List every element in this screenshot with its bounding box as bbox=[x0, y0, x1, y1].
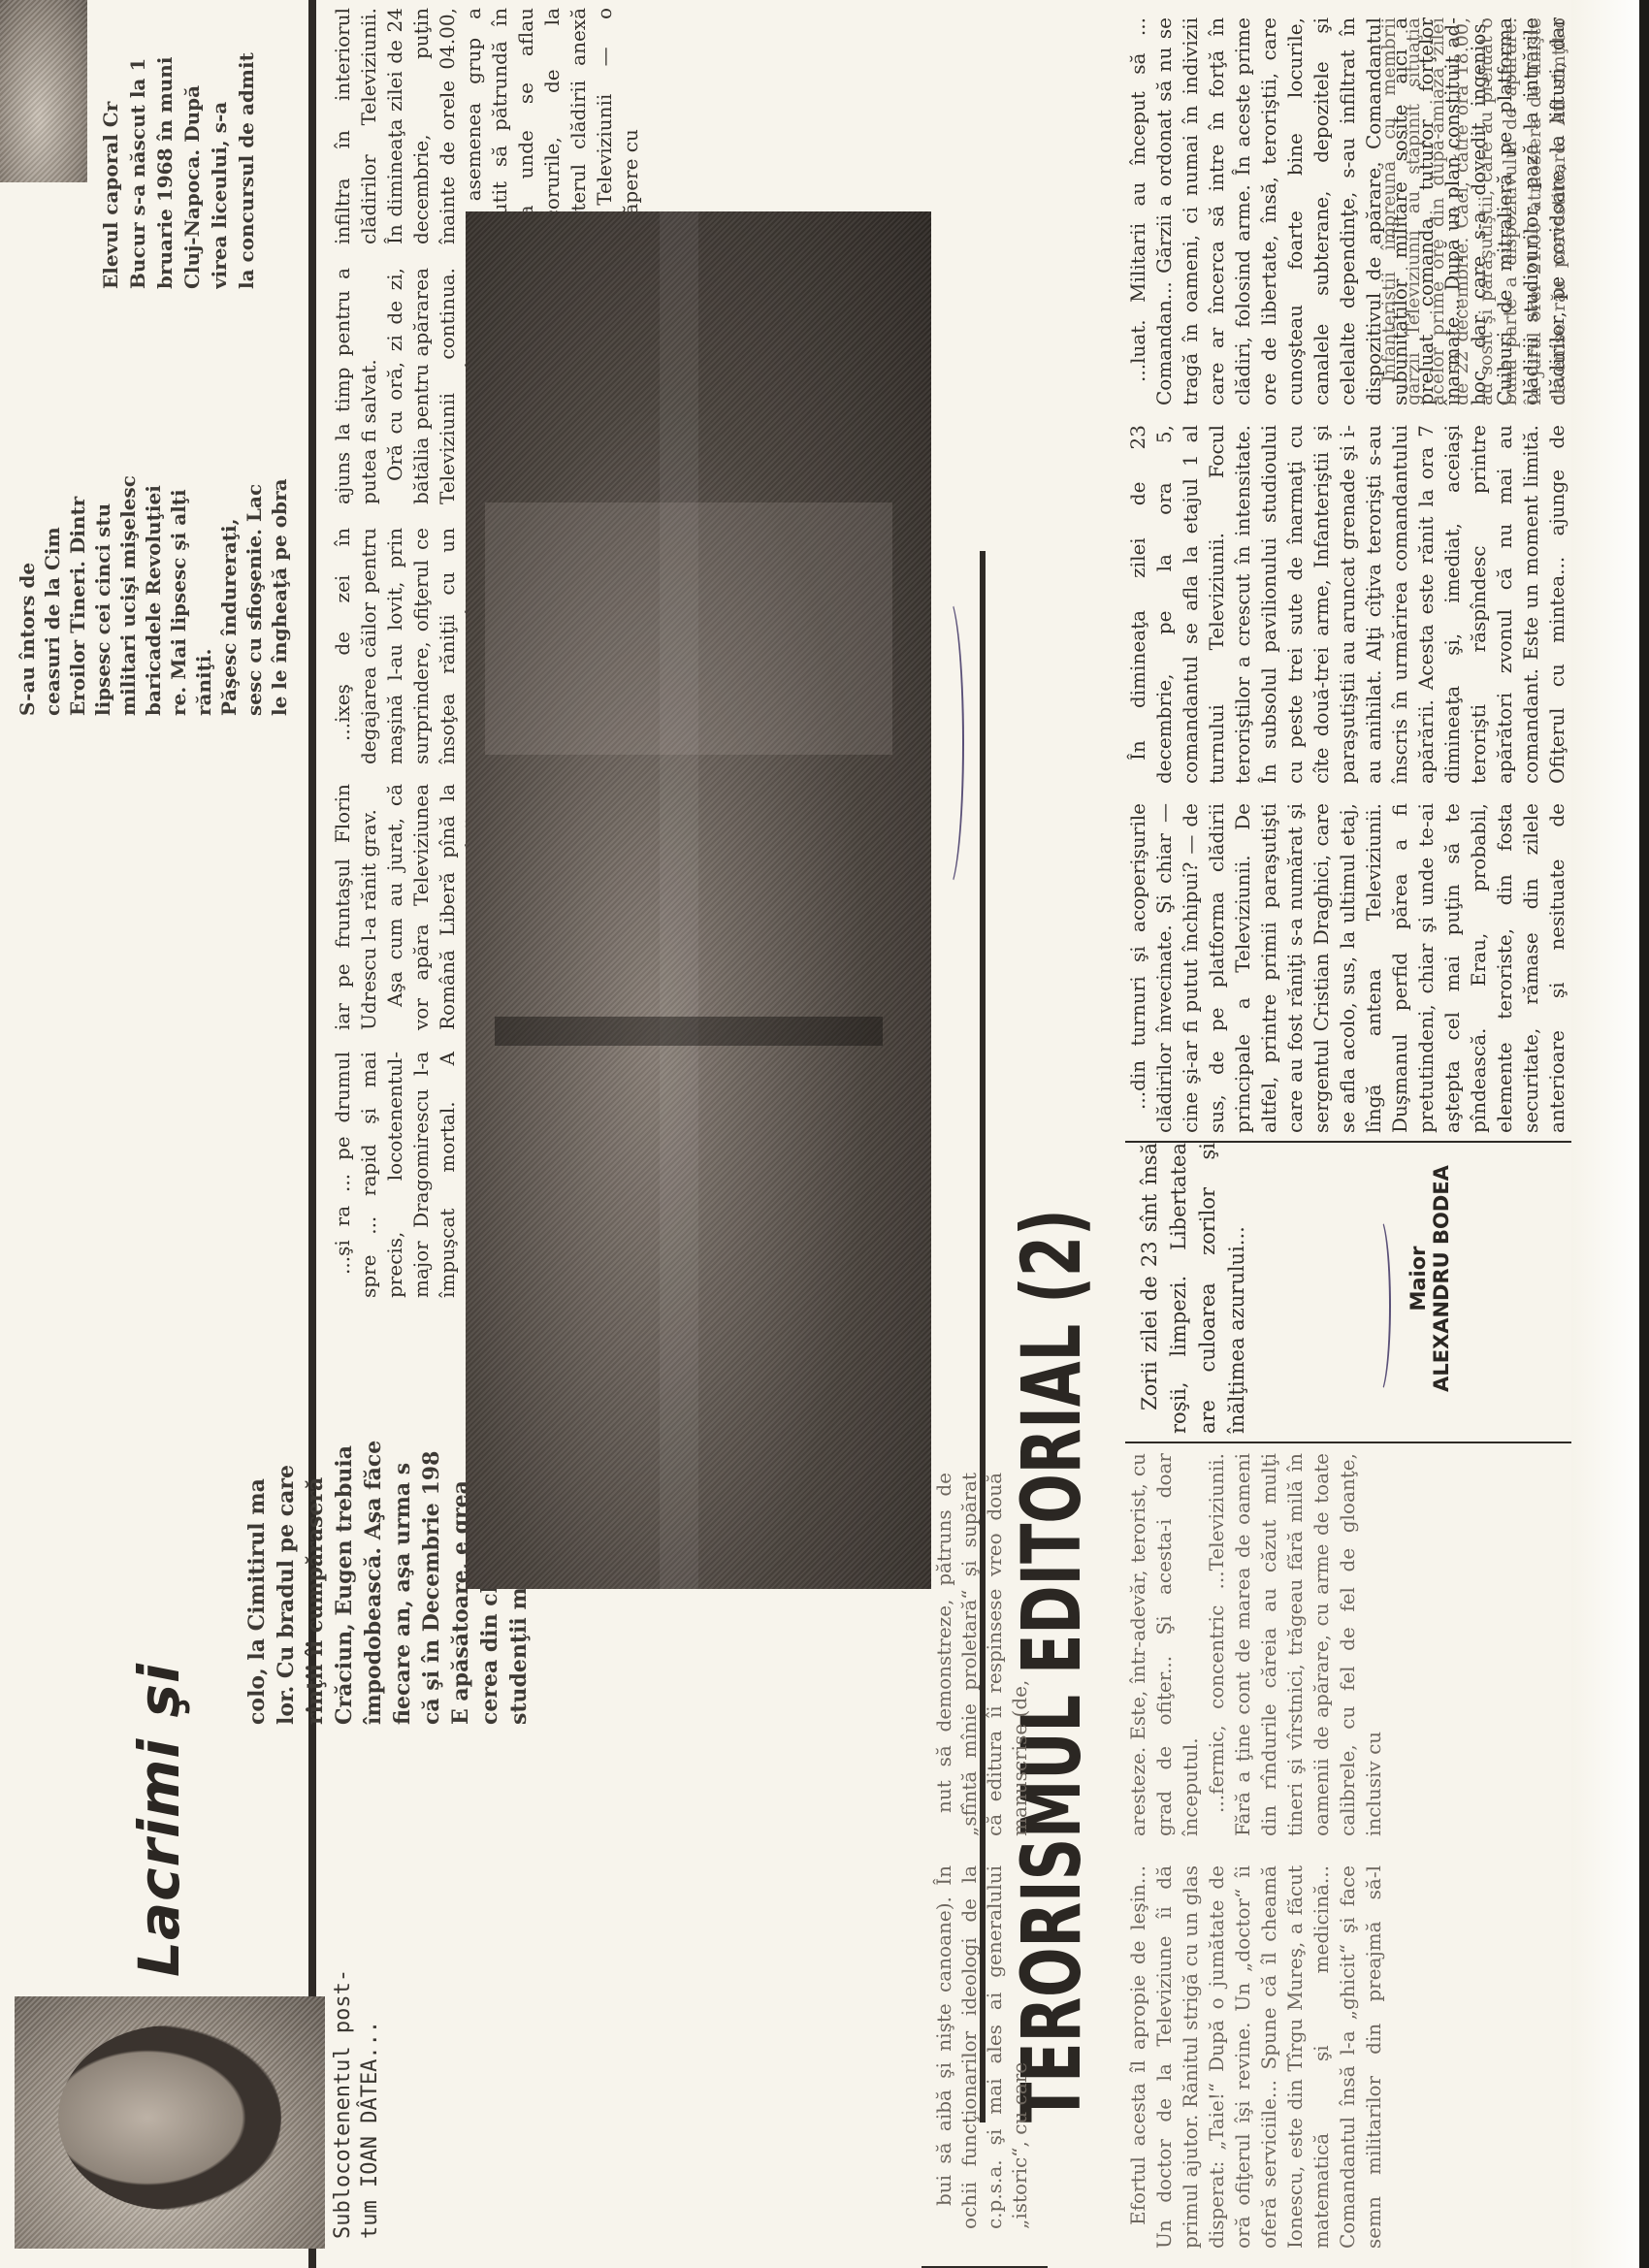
text-line: Păşesc îndureraţi, bbox=[216, 367, 242, 716]
text-line: Bucur s-a născut la 1 bbox=[124, 8, 151, 289]
text-line: colo, la Cimitirul ma bbox=[242, 1346, 272, 1725]
paragraph: ...din turnuri şi acoperişurile clădiril… bbox=[1125, 803, 1581, 1133]
lower-col-1: Efortul acesta îl apropie de leşin... Un… bbox=[1125, 1453, 1571, 2249]
editorial-closing: Zorii zilei de 23 sînt însă roşii, limpe… bbox=[1135, 1143, 1387, 1434]
newspaper-page-upright: Sublocotenentul post- tum IOAN DÂTEA... … bbox=[0, 0, 1649, 2268]
scanned-newspaper-page: Sublocotenentul post- tum IOAN DÂTEA... … bbox=[0, 0, 1649, 2268]
text-line: Crăciun, Eugen trebuia bbox=[330, 1346, 359, 1725]
photo-pillar bbox=[495, 1017, 883, 1046]
paragraph: nut să demonstreze, pătruns de „sfîntă m… bbox=[931, 1473, 1032, 1836]
photo-band bbox=[660, 211, 698, 1589]
byline-name: ALEXANDRU BODEA bbox=[1430, 1133, 1453, 1424]
column-top-left-caption: Elevul caporal Cr Bucur s-a născut la 1 … bbox=[97, 8, 301, 289]
headline-lacrimi: Lacrimi şi bbox=[126, 1663, 192, 1977]
portrait-photo-ioan bbox=[15, 1996, 325, 2249]
text-line: sesc cu sfioşenie. Lac bbox=[242, 367, 267, 716]
text-line: fiecare an, aşa urma s bbox=[388, 1346, 417, 1725]
portrait-face bbox=[58, 2025, 281, 2210]
text-line: la concursul de admit bbox=[233, 8, 260, 289]
caption-line-2: tum IOAN DÂTEA... bbox=[357, 1967, 384, 2239]
text-line: lor. Cu bradul pe care bbox=[272, 1346, 301, 1725]
paragraph: bui să aibă şi nişte canoane). În ochii … bbox=[931, 1865, 1032, 2229]
caption-line-1: Sublocotenentul post- bbox=[330, 1967, 357, 2239]
text-line: baricadele Revoluţiei bbox=[141, 367, 166, 716]
lower-col-3: În dimineaţa zilei de 23 decembrie, pe l… bbox=[1125, 425, 1581, 784]
text-line: militari ucişi mişelesc bbox=[115, 367, 141, 716]
paragraph: Zorii zilei de 23 sînt însă roşii, limpe… bbox=[1135, 1143, 1251, 1434]
portrait-caption: Sublocotenentul post- tum IOAN DÂTEA... bbox=[330, 1967, 384, 2239]
paragraph: ...fermic, concentric ...Televiziunii. F… bbox=[1204, 1453, 1387, 1836]
paragraph: Infanteriştii împreună cu membrii gărzii… bbox=[1377, 17, 1581, 405]
text-line: le le îngheaţă pe obra bbox=[267, 367, 292, 716]
section-rule-top bbox=[308, 0, 316, 2268]
text-line: împodobească. Aşa făce bbox=[359, 1346, 388, 1725]
byline-rank: Maior bbox=[1406, 1133, 1430, 1424]
text-line: S-au întors de bbox=[15, 367, 40, 716]
text-line: bruarie 1968 în muni bbox=[151, 8, 178, 289]
text-line: că şi în Decembrie 198 bbox=[417, 1346, 446, 1725]
text-line: Eroilor Tineri. Dintr bbox=[65, 367, 90, 716]
lower-col-4: ...din turnuri şi acoperişurile clădiril… bbox=[1125, 803, 1581, 1133]
editorial-col-top: bui să aibă şi nişte canoane). În ochii … bbox=[931, 1473, 1096, 2229]
photo-building bbox=[485, 502, 892, 755]
pen-underline-mark bbox=[931, 596, 964, 891]
pen-underline-mark bbox=[1368, 1216, 1391, 1395]
byline-bodea: Maior ALEXANDRU BODEA bbox=[1406, 1133, 1453, 1424]
paragraph: În dimineaţa zilei de 23 decembrie, pe l… bbox=[1125, 425, 1581, 784]
page-margin bbox=[1571, 0, 1649, 2268]
text-line: Elevul caporal Cr bbox=[97, 8, 124, 289]
portrait-photo-bucur bbox=[0, 0, 87, 182]
text-line: răniţi. bbox=[191, 367, 216, 716]
column-rule bbox=[1125, 1442, 1571, 1443]
text-line: virea liceului, s-a bbox=[206, 8, 233, 289]
text-line: rinţii îi cumpăraseră bbox=[301, 1346, 330, 1725]
column-top-middle: S-au întors de ceasuri de la Cim Eroilor… bbox=[15, 367, 306, 716]
scan-edge bbox=[1639, 0, 1649, 2268]
column-rule bbox=[1125, 1141, 1571, 1143]
text-line: Cluj-Napoca. După bbox=[178, 8, 206, 289]
tv-building-photo bbox=[466, 211, 931, 1589]
text-line: ceasuri de la Cim bbox=[40, 367, 65, 716]
text-line: re. Mai lipsesc şi alţi bbox=[166, 367, 191, 716]
text-line: lipsesc cei cinci stu bbox=[90, 367, 115, 716]
lower-col-0: Infanteriştii împreună cu membrii gărzii… bbox=[1377, 17, 1581, 405]
